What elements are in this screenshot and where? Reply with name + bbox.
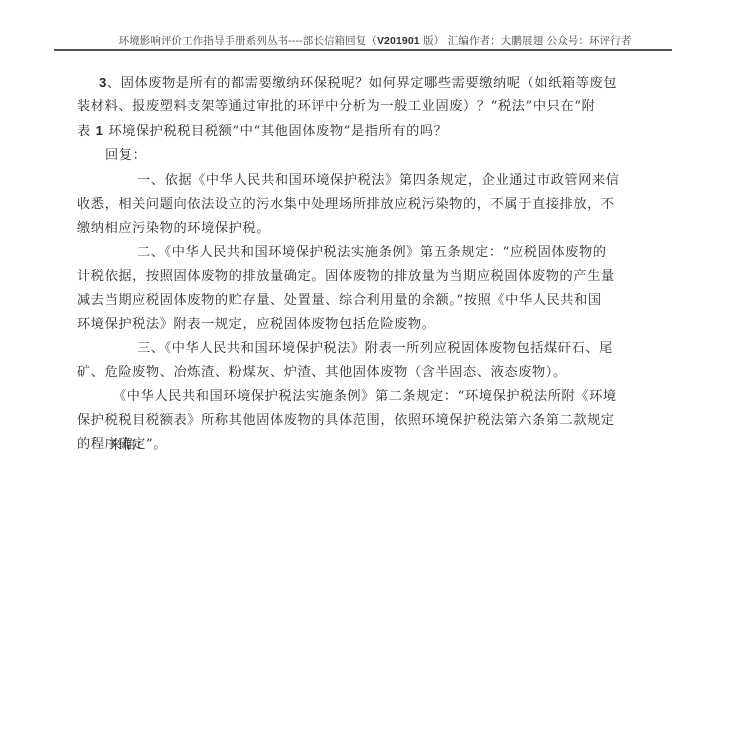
reply-paragraph-line: 三、《中华人民共和国环境保护税法》附表一所列应税固体废物包括煤矸石、尾: [137, 341, 613, 357]
header-title-prefix: 环境影响评价工作指导手册系列丛书----部长信箱回复（: [119, 35, 377, 47]
reply-paragraph-line: 保护税税目税额表》所称其他固体废物的具体范围，依照环境保护税法第六条第二款规定: [77, 413, 615, 429]
question-line: 表 1 环境保护税税目税额”中“其他固体废物”是指所有的吗？: [77, 123, 447, 140]
reply-paragraph-line: 收悉，相关问题向依法设立的污水集中处理场所排放应税污染物的，不属于直接排放，不: [77, 197, 615, 213]
reply-paragraph-line: 矿、危险废物、冶炼渣、粉煤灰、炉渣、其他固体废物（含半固态、液态废物）。: [77, 365, 567, 381]
running-header: 环境影响评价工作指导手册系列丛书----部长信箱回复（V201901 版） 汇编…: [75, 33, 675, 48]
reply-paragraph-line: 计税依据，按照固体废物的排放量确定。固体废物的排放量为当期应税固体废物的产生量: [77, 269, 615, 285]
reply-paragraph-line: 减去当期应税固体废物的贮存量、处置量、综合利用量的余额。”按照《中华人民共和国: [77, 293, 602, 309]
question-line: 装材料、报废塑料支架等通过审批的环评中分析为一般工业固废）？“税法”中只在“附: [77, 99, 595, 115]
reply-paragraph-line: 《中华人民共和国环境保护税法实施条例》第二条规定：“环境保护税法所附《环境: [113, 389, 617, 405]
header-divider: [54, 49, 672, 51]
header-title-suffix: 版） 汇编作者：大鹏展翅 公众号：环评行者: [420, 35, 632, 47]
reply-paragraph-line: 一、依据《中华人民共和国环境保护税法》第四条规定，企业通过市政管网来信: [137, 173, 620, 189]
document-page: 环境影响评价工作指导手册系列丛书----部长信箱回复（V201901 版） 汇编…: [0, 0, 740, 740]
reply-paragraph-line: 缴纳相应污染物的环境保护税。: [77, 221, 270, 237]
reply-paragraph-line: 二、《中华人民共和国环境保护税法实施条例》第五条规定：“应税固体废物的: [137, 245, 607, 261]
letter-label: 来信：: [109, 438, 150, 454]
question-line: 3、固体废物是所有的都需要缴纳环保税呢？如何界定哪些需要缴纳呢（如纸箱等废包: [99, 75, 617, 92]
reply-paragraph-line: 环境保护税法》附表一规定，应税固体废物包括危险废物。: [77, 317, 435, 333]
header-version: V201901: [377, 35, 420, 47]
reply-label: 回复：: [105, 148, 146, 164]
